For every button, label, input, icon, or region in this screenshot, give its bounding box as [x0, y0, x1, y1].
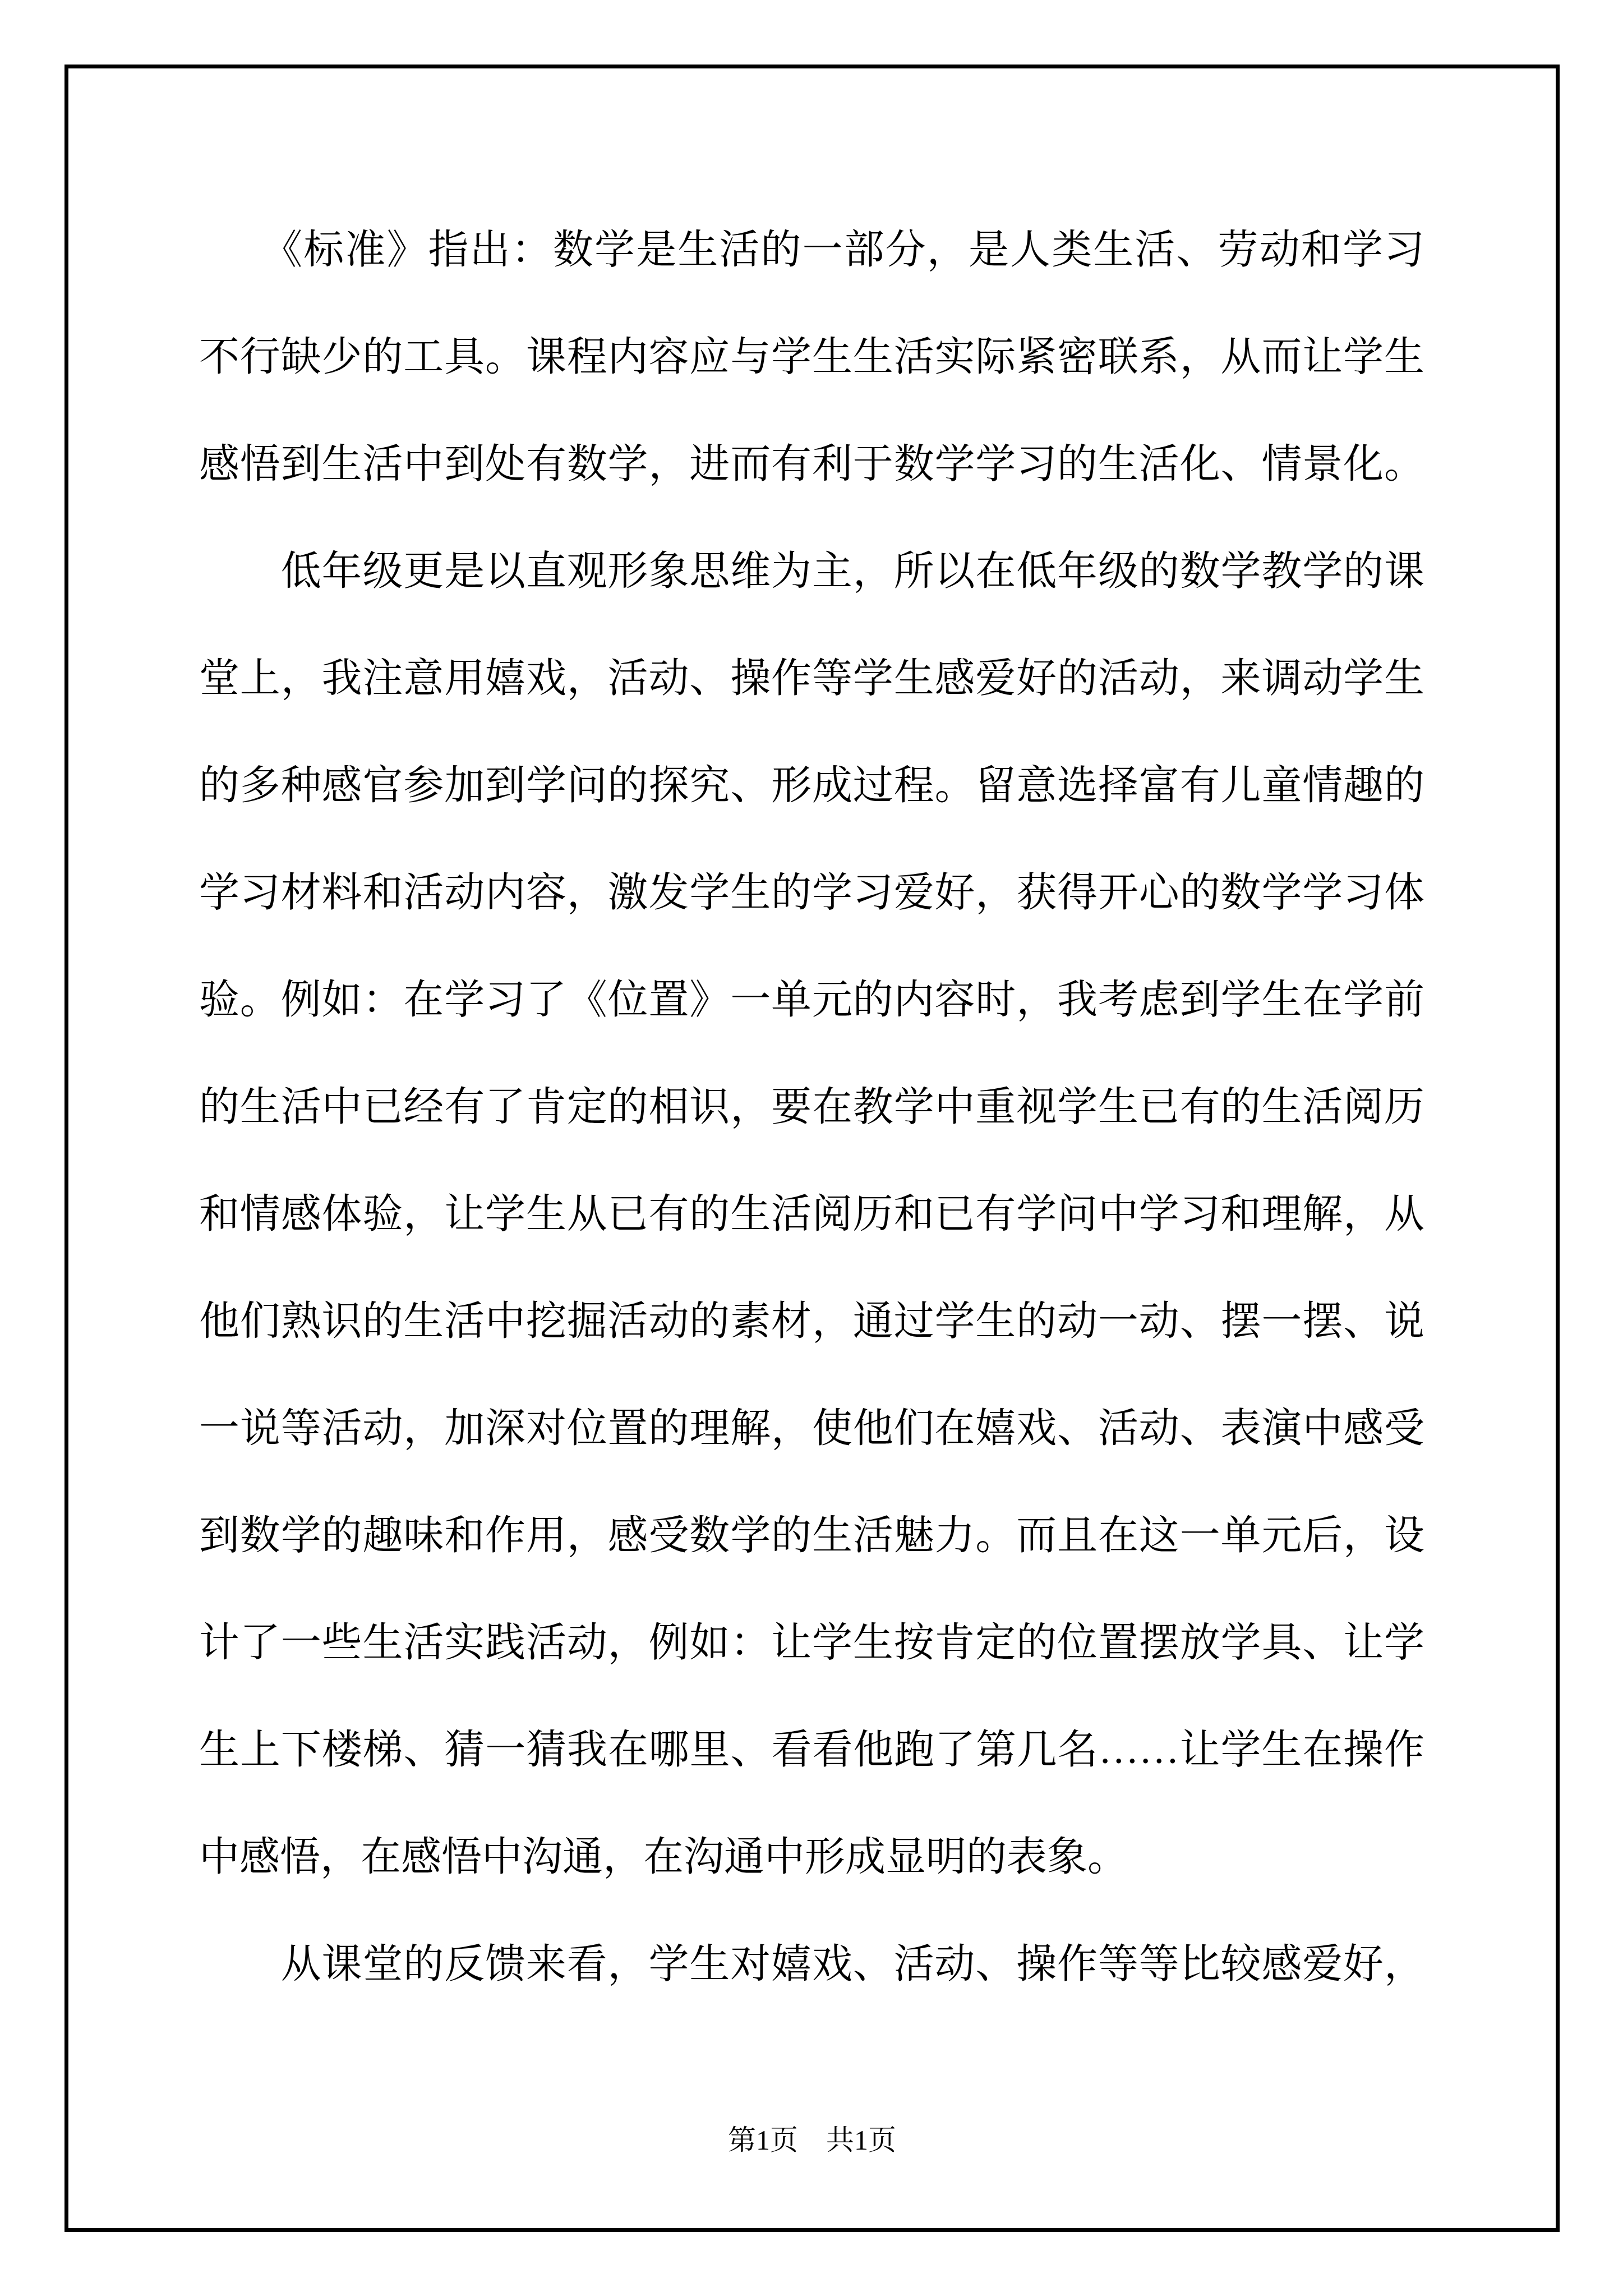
text-line: 不行缺少的工具。课程内容应与学生生活实际紧密联系，从而让学生 [199, 303, 1424, 411]
text-line: 堂上，我注意用嬉戏，活动、操作等学生感爱好的活动，来调动学生 [199, 625, 1424, 732]
text-line: 一说等活动，加深对位置的理解，使他们在嬉戏、活动、表演中感受 [199, 1375, 1424, 1482]
text-line: 低年级更是以直观形象思维为主，所以在低年级的数学教学的课 [199, 518, 1424, 625]
text-line: 中感悟，在感悟中沟通，在沟通中形成显明的表象。 [199, 1803, 1424, 1911]
page-footer: 第1页 共1页 [64, 2122, 1560, 2159]
text-line: 从课堂的反馈来看，学生对嬉戏、活动、操作等等比较感爱好， [199, 1911, 1424, 2018]
document-page: 《标准》指出：数学是生活的一部分，是人类生活、劳动和学习不行缺少的工具。课程内容… [0, 0, 1623, 2296]
text-line: 生上下楼梯、猜一猜我在哪里、看看他跑了第几名……让学生在操作 [199, 1696, 1424, 1803]
text-line: 和情感体验，让学生从已有的生活阅历和已有学问中学习和理解，从 [199, 1161, 1424, 1268]
text-line: 学习材料和活动内容，激发学生的学习爱好，获得开心的数学学习体 [199, 839, 1424, 946]
text-line: 感悟到生活中到处有数学，进而有利于数学学习的生活化、情景化。 [199, 411, 1424, 518]
text-line: 到数学的趣味和作用，感受数学的生活魅力。而且在这一单元后，设 [199, 1482, 1424, 1589]
text-line: 他们熟识的生活中挖掘活动的素材，通过学生的动一动、摆一摆、说 [199, 1268, 1424, 1375]
text-line: 计了一些生活实践活动，例如：让学生按肯定的位置摆放学具、让学 [199, 1589, 1424, 1696]
text-line: 的生活中已经有了肯定的相识，要在教学中重视学生已有的生活阅历 [199, 1053, 1424, 1161]
text-line: 《标准》指出：数学是生活的一部分，是人类生活、劳动和学习 [199, 196, 1424, 303]
document-body: 《标准》指出：数学是生活的一部分，是人类生活、劳动和学习不行缺少的工具。课程内容… [199, 196, 1424, 2018]
page-number: 第1页 共1页 [728, 2124, 896, 2156]
text-line: 验。例如：在学习了《位置》一单元的内容时，我考虑到学生在学前 [199, 946, 1424, 1053]
text-line: 的多种感官参加到学问的探究、形成过程。留意选择富有儿童情趣的 [199, 732, 1424, 839]
